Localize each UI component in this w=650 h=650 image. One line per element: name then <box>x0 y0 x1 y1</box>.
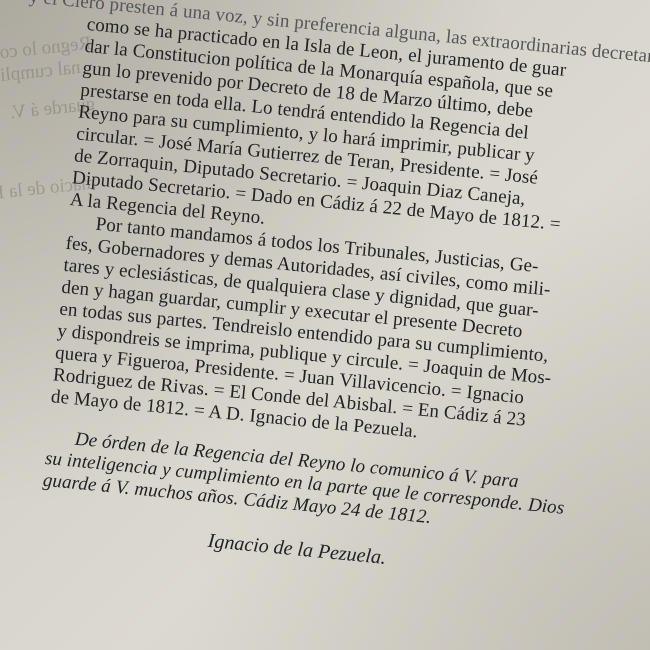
printed-page: y el Clero presten á una voz, y sin pref… <box>38 0 648 590</box>
